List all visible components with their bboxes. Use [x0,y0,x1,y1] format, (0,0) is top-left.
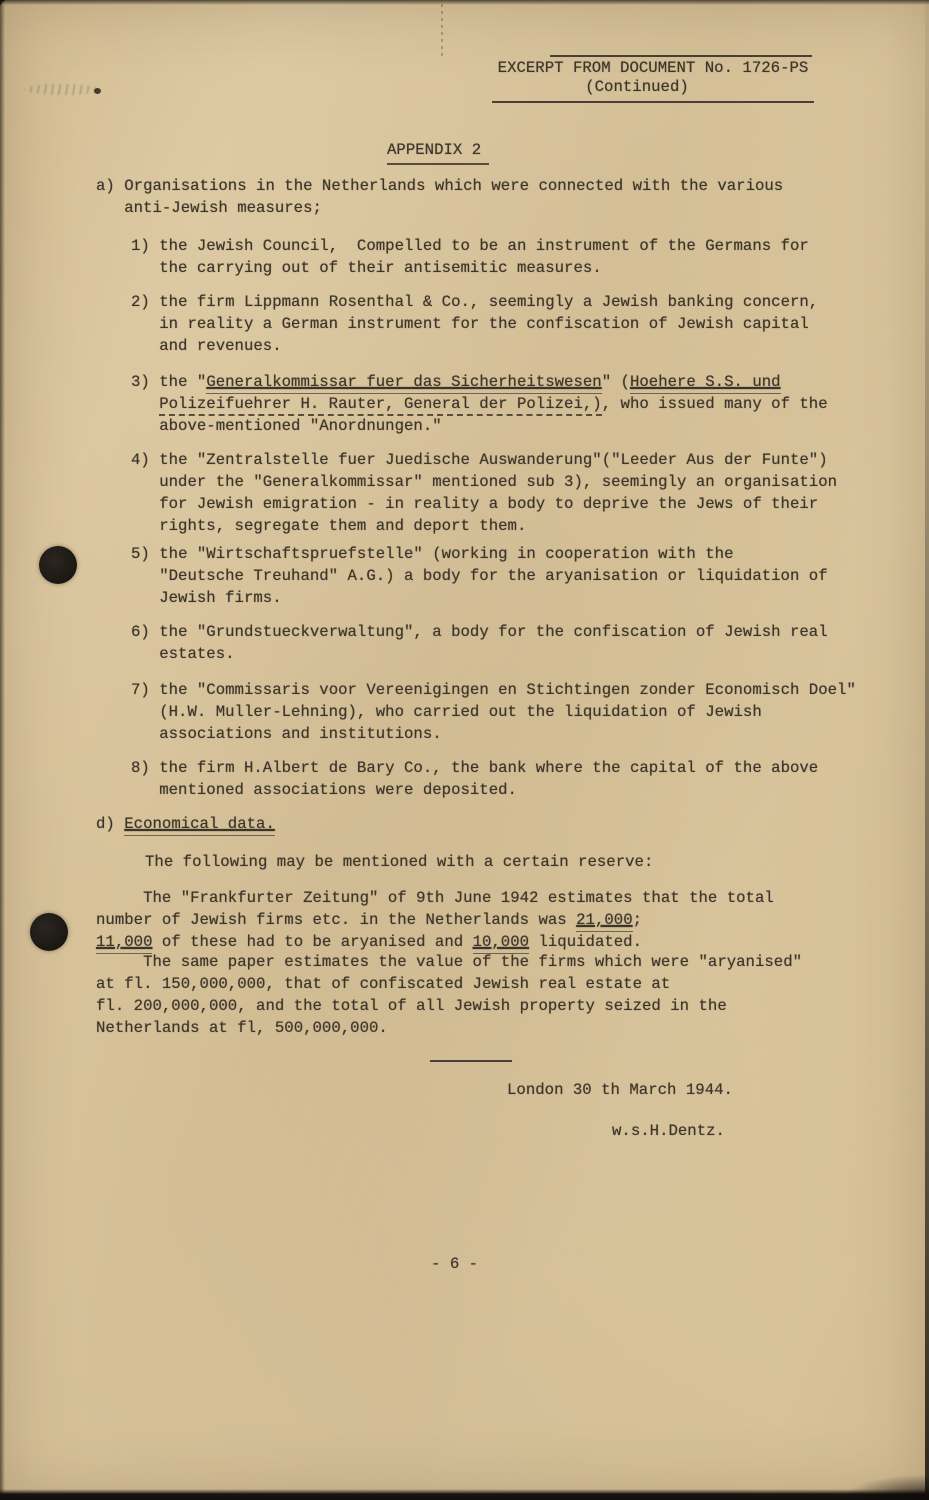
page-top-edge [0,0,929,5]
economic-paragraph-2: The same paper estimates the value of th… [96,951,802,1039]
section-a-intro: a) Organisations in the Netherlands whic… [96,175,783,219]
bottom-right-corner-shadow [839,1474,929,1500]
pencil-smudge [24,84,100,95]
page-right-edge [925,0,929,1500]
document-number: EXCERPT FROM DOCUMENT No. 1726-PS [492,59,814,78]
list-item-8: 8) the firm H.Albert de Bary Co., the ba… [131,757,818,801]
signature: w.s.H.Dentz. [612,1120,725,1142]
list-item-2: 2) the firm Lippmann Rosenthal & Co., se… [131,291,818,357]
underlined-polizeifuehrer: Polizeifuehrer H. Rauter, General der Po… [159,395,601,416]
crease-mark [441,4,443,60]
dateline: London 30 th March 1944. [507,1079,733,1101]
list-item-4: 4) the "Zentralstelle fuer Juedische Aus… [131,449,837,537]
closing-divider-rule [430,1060,512,1062]
page-left-edge [0,0,5,1500]
document-header: EXCERPT FROM DOCUMENT No. 1726-PS (Conti… [492,55,814,103]
economic-paragraph-1: The "Frankfurter Zeitung" of 9th June 19… [96,887,774,953]
scanned-document-page: EXCERPT FROM DOCUMENT No. 1726-PS (Conti… [0,0,929,1500]
appendix-title: APPENDIX 2 [387,139,489,165]
underlined-economical-data: Economical data. [124,815,275,836]
section-d-heading: d) Economical data. [96,813,275,835]
page-bottom-edge [0,1489,929,1500]
list-item-5: 5) the "Wirtschaftspruefstelle" (working… [131,543,828,609]
list-item-3: 3) the "Generalkommissar fuer das Sicher… [131,371,828,437]
continued-label: (Continued) [476,78,798,97]
underlined-generalkommissar: Generalkommissar fuer das Sicherheitswes… [206,373,601,394]
underlined-hoehere-ss: Hoehere S.S. und [630,373,781,394]
punch-hole-top [39,546,77,584]
punch-hole-bottom [30,913,68,951]
underlined-21000: 21,000 [576,911,632,932]
list-item-7: 7) the "Commissaris voor Vereenigingen e… [131,679,856,745]
ink-speck [94,88,101,94]
reserve-note: The following may be mentioned with a ce… [145,851,653,873]
header-overline-rule [550,55,812,57]
list-item-1: 1) the Jewish Council, Compelled to be a… [131,235,809,279]
list-item-6: 6) the "Grundstueckverwaltung", a body f… [131,621,828,665]
page-number: - 6 - [431,1253,478,1275]
